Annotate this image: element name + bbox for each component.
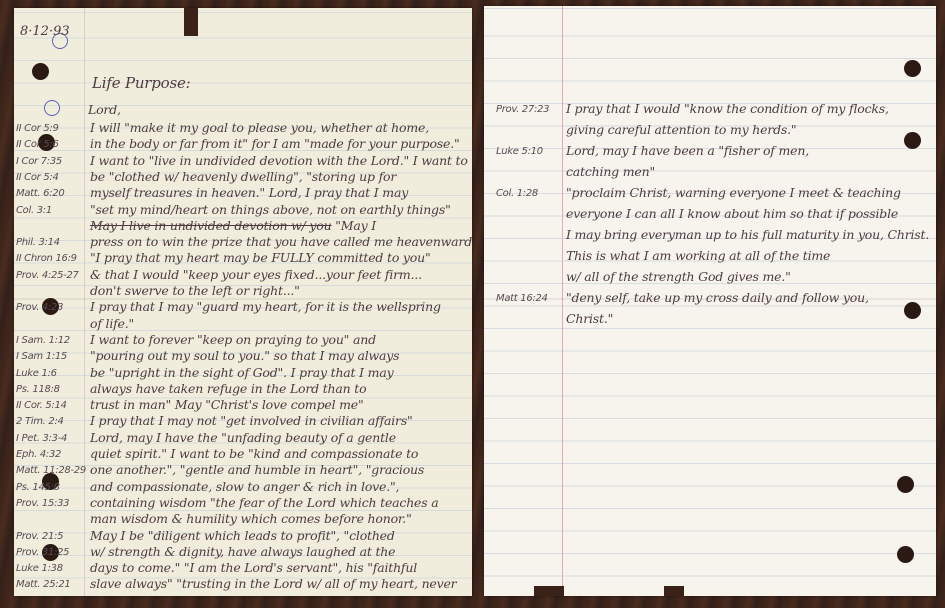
handwritten-line: man wisdom & humility which comes before…	[90, 511, 412, 526]
handwritten-line: I pray that I may "guard my heart, for i…	[90, 299, 441, 314]
handwritten-line: trust in man" May "Christ's love compel …	[90, 397, 364, 412]
handwritten-line: catching men"	[566, 164, 655, 179]
scripture-reference: II Cor 5:9	[16, 123, 59, 134]
torn-edge	[534, 586, 564, 596]
right-notebook-page: Prov. 27:23I pray that I would "know the…	[484, 6, 936, 596]
handwritten-line: I pray that I would "know the condition …	[566, 101, 889, 116]
blue-pen-circle	[44, 100, 60, 116]
handwritten-line: don't swerve to the left or right..."	[90, 283, 300, 298]
torn-notch	[184, 8, 198, 36]
binder-hole	[904, 60, 921, 77]
handwritten-line: and compassionate, slow to anger & rich …	[90, 479, 399, 494]
scripture-reference: I Sam. 1:12	[16, 335, 70, 346]
scripture-reference: Ps. 145:8	[16, 482, 60, 493]
scripture-reference: Prov. 21:5	[16, 531, 63, 542]
scripture-reference: Matt 16:24	[496, 293, 548, 304]
scripture-reference: II Cor 5:4	[16, 172, 59, 183]
scripture-reference: Matt. 11:28-29	[16, 465, 86, 476]
handwritten-line: lean on my understanding in all my ways …	[90, 593, 459, 596]
handwritten-line: "proclaim Christ, warning everyone I mee…	[566, 185, 901, 200]
handwritten-line: one another.", "gentle and humble in hea…	[90, 462, 424, 477]
binder-hole	[897, 546, 914, 563]
handwritten-line: always have taken refuge in the Lord tha…	[90, 381, 366, 396]
scripture-reference: Luke 1:6	[16, 368, 57, 379]
scripture-reference: Prov. 4:23	[16, 302, 63, 313]
salutation: Lord,	[88, 102, 121, 117]
handwritten-line: I pray that I may not "get involved in c…	[90, 413, 413, 428]
binder-hole	[904, 302, 921, 319]
scripture-reference: I Pet. 3:3-4	[16, 433, 67, 444]
handwritten-line: Lord, may I have the "unfading beauty of…	[90, 430, 396, 445]
handwritten-line: This is what I am working at all of the …	[566, 248, 830, 263]
scripture-reference: I Sam 1:15	[16, 351, 67, 362]
handwritten-line: giving careful attention to my herds."	[566, 122, 796, 137]
handwritten-line: & that I would "keep your eyes fixed...y…	[90, 267, 422, 282]
scripture-reference: Prov. 15:33	[16, 498, 69, 509]
handwritten-line: I will "make it my goal to please you, w…	[90, 120, 429, 135]
scripture-reference: Prov. 27:23	[496, 104, 549, 115]
handwritten-line: I may bring everyman up to his full matu…	[566, 227, 929, 242]
handwritten-line: I want to "live in undivided devotion wi…	[90, 153, 468, 168]
handwritten-line: everyone I can all I know about him so t…	[566, 206, 898, 221]
margin-line	[84, 8, 85, 596]
handwritten-line: May I live in undivided devotion w/ you …	[90, 218, 376, 233]
handwritten-line: I want to forever "keep on praying to yo…	[90, 332, 376, 347]
binder-hole	[897, 476, 914, 493]
scripture-reference: II Chron 16:9	[16, 253, 77, 264]
left-notebook-page: 8·12·93 Life Purpose: Lord, II Cor 5:9I …	[14, 8, 472, 596]
handwritten-line: Lord, may I have been a "fisher of men,	[566, 143, 809, 158]
handwritten-line: quiet spirit." I want to be "kind and co…	[90, 446, 418, 461]
scripture-reference: I Cor 7:35	[16, 156, 62, 167]
scripture-reference: Prov. 4:25-27	[16, 270, 79, 281]
handwritten-line: be "clothed w/ heavenly dwelling", "stor…	[90, 169, 396, 184]
handwritten-line: May I be "diligent which leads to profit…	[90, 528, 395, 543]
handwritten-line: of life."	[90, 316, 134, 331]
scripture-reference: Matt. 6:20	[16, 188, 64, 199]
scripture-reference: 2 Tim. 2:4	[16, 416, 64, 427]
date-note: 8·12·93	[20, 24, 70, 39]
handwritten-line: "deny self, take up my cross daily and f…	[566, 290, 869, 305]
handwritten-line: slave always" "trusting in the Lord w/ a…	[90, 576, 456, 591]
scripture-reference: Matt. 25:21	[16, 579, 70, 590]
scripture-reference: Luke 5:10	[496, 146, 543, 157]
handwritten-line: "set my mind/heart on things above, not …	[90, 202, 451, 217]
handwritten-line: days to come." "I am the Lord's servant"…	[90, 560, 417, 575]
scripture-reference: Ps. 118:8	[16, 384, 60, 395]
handwritten-line: in the body or far from it" for I am "ma…	[90, 136, 460, 151]
handwritten-line: w/ strength & dignity, have always laugh…	[90, 544, 395, 559]
handwritten-line: Christ."	[566, 311, 613, 326]
margin-line	[562, 6, 563, 596]
handwritten-line: myself treasures in heaven." Lord, I pra…	[90, 185, 408, 200]
scripture-reference: Eph. 4:32	[16, 449, 61, 460]
scripture-reference: Col. 1:28	[496, 188, 538, 199]
handwritten-line: press on to win the prize that you have …	[90, 234, 472, 249]
binder-hole	[32, 63, 49, 80]
scripture-reference: II Cor. 5:14	[16, 400, 67, 411]
page-title: Life Purpose:	[92, 74, 191, 92]
scripture-reference: Prov. 31:25	[16, 547, 69, 558]
scripture-reference: Col. 3:1	[16, 205, 52, 216]
scripture-reference: Phil. 3:14	[16, 237, 60, 248]
binder-hole	[904, 132, 921, 149]
handwritten-line: containing wisdom "the fear of the Lord …	[90, 495, 439, 510]
torn-edge	[664, 586, 684, 596]
handwritten-line: "pouring out my soul to you." so that I …	[90, 348, 399, 363]
handwritten-line: w/ all of the strength God gives me."	[566, 269, 791, 284]
handwritten-line: "I pray that my heart may be FULLY commi…	[90, 250, 431, 265]
scripture-reference: Luke 1:38	[16, 563, 63, 574]
scripture-reference: II Cor 5:6	[16, 139, 59, 150]
handwritten-line: be "upright in the sight of God". I pray…	[90, 365, 393, 380]
